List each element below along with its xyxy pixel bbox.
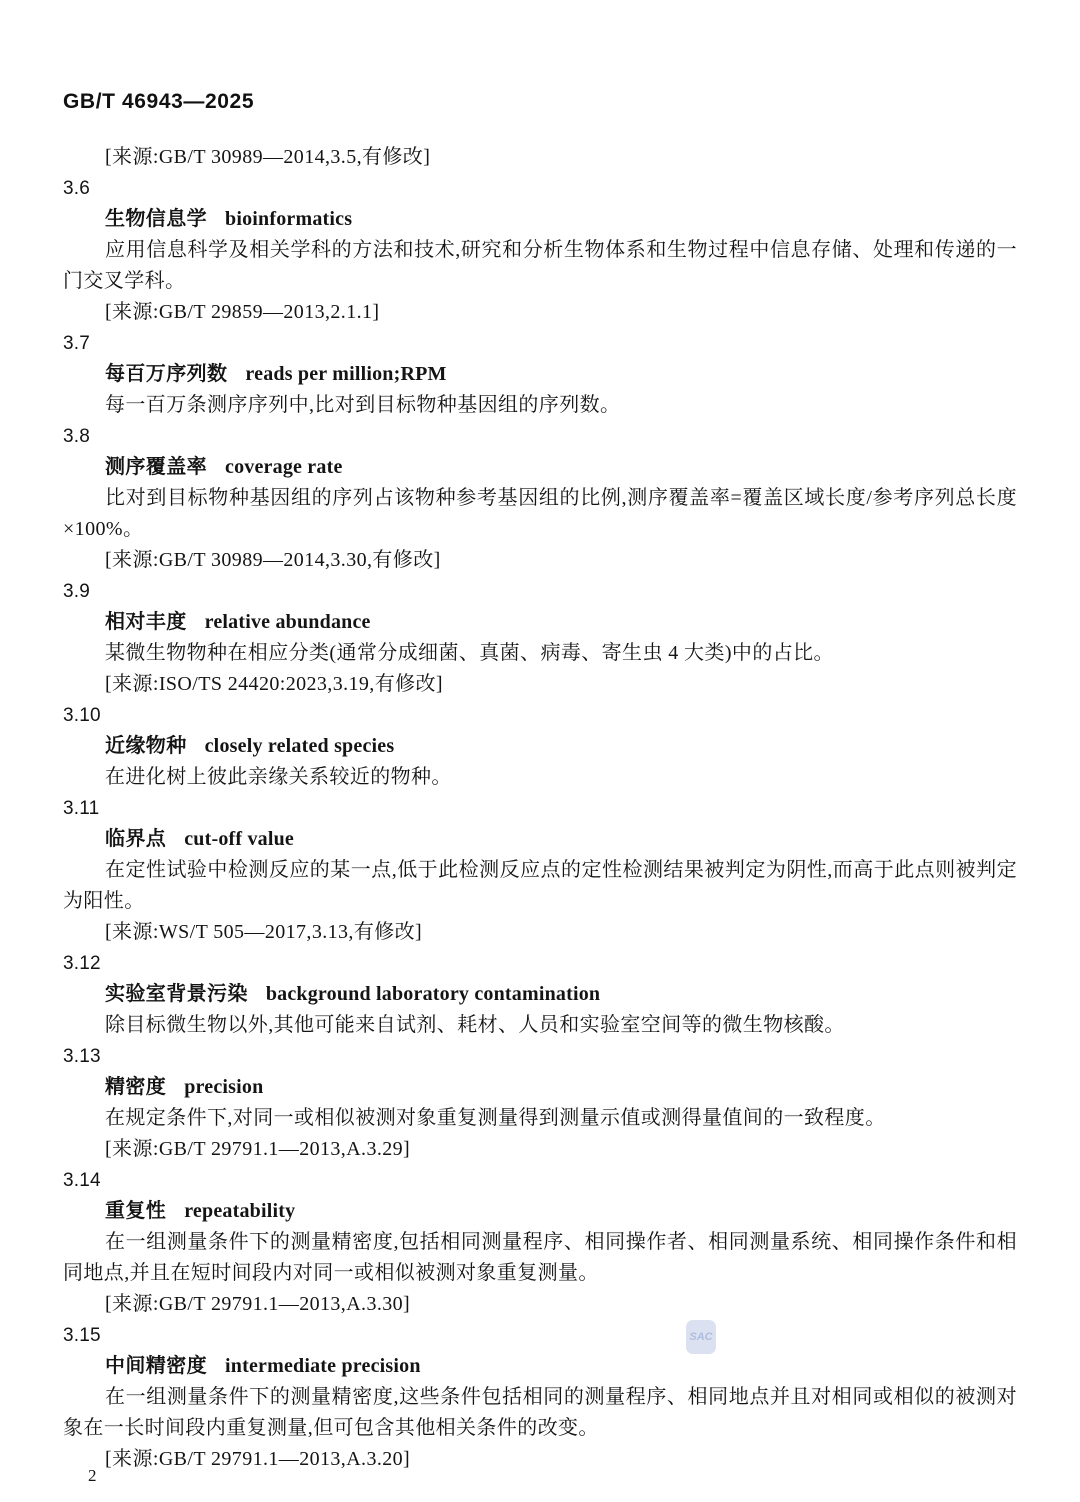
term-definition: 比对到目标物种基因组的序列占该物种参考基因组的比例,测序覆盖率=覆盖区域长度/参… — [63, 483, 1017, 545]
term-english: relative abundance — [205, 611, 371, 633]
term-entry: 3.14 重复性repeatability 在一组测量条件下的测量精密度,包括相… — [63, 1165, 1017, 1320]
term-chinese: 生物信息学 — [105, 208, 207, 230]
carryover-source-line: [来源:GB/T 30989—2014,3.5,有修改] — [63, 142, 1017, 173]
clause-number: 3.12 — [63, 948, 1017, 979]
term-source-line: [来源:GB/T 29791.1—2013,A.3.30] — [63, 1289, 1017, 1320]
term-chinese: 临界点 — [105, 828, 166, 850]
term-chinese: 相对丰度 — [105, 611, 187, 633]
term-line: 生物信息学bioinformatics — [63, 204, 1017, 235]
term-chinese: 实验室背景污染 — [105, 983, 248, 1005]
term-line: 精密度precision — [63, 1072, 1017, 1103]
term-entry: 3.11 临界点cut-off value 在定性试验中检测反应的某一点,低于此… — [63, 793, 1017, 948]
term-chinese: 测序覆盖率 — [105, 456, 207, 478]
term-chinese: 每百万序列数 — [105, 363, 227, 385]
term-entry: 3.7 每百万序列数reads per million;RPM 每一百万条测序序… — [63, 328, 1017, 421]
term-chinese: 重复性 — [105, 1200, 166, 1222]
clause-number: 3.10 — [63, 700, 1017, 731]
term-english: intermediate precision — [225, 1355, 421, 1377]
page-content: [来源:GB/T 30989—2014,3.5,有修改] 3.6 生物信息学bi… — [63, 142, 1017, 1475]
term-english: closely related species — [205, 735, 395, 757]
term-definition: 在一组测量条件下的测量精密度,包括相同测量程序、相同操作者、相同测量系统、相同操… — [63, 1227, 1017, 1289]
term-source-line: [来源:GB/T 29859—2013,2.1.1] — [63, 297, 1017, 328]
term-entry: 3.8 测序覆盖率coverage rate 比对到目标物种基因组的序列占该物种… — [63, 421, 1017, 576]
term-line: 近缘物种closely related species — [63, 731, 1017, 762]
term-definition: 每一百万条测序序列中,比对到目标物种基因组的序列数。 — [63, 390, 1017, 421]
term-english: precision — [184, 1076, 263, 1098]
term-source-line: [来源:GB/T 29791.1—2013,A.3.29] — [63, 1134, 1017, 1165]
clause-number: 3.8 — [63, 421, 1017, 452]
term-entry: 3.15 中间精密度intermediate precision 在一组测量条件… — [63, 1320, 1017, 1475]
term-definition: 某微生物物种在相应分类(通常分成细菌、真菌、病毒、寄生虫 4 大类)中的占比。 — [63, 638, 1017, 669]
term-entry: 3.13 精密度precision 在规定条件下,对同一或相似被测对象重复测量得… — [63, 1041, 1017, 1165]
term-entry: 3.6 生物信息学bioinformatics 应用信息科学及相关学科的方法和技… — [63, 173, 1017, 328]
clause-number: 3.13 — [63, 1041, 1017, 1072]
term-source-line: [来源:ISO/TS 24420:2023,3.19,有修改] — [63, 669, 1017, 700]
sac-watermark-icon: SAC — [686, 1320, 716, 1354]
term-english: repeatability — [184, 1200, 295, 1222]
term-line: 测序覆盖率coverage rate — [63, 452, 1017, 483]
clause-number: 3.11 — [63, 793, 1017, 824]
term-definition: 在规定条件下,对同一或相似被测对象重复测量得到测量示值或测得量值间的一致程度。 — [63, 1103, 1017, 1134]
clause-number: 3.6 — [63, 173, 1017, 204]
term-line: 每百万序列数reads per million;RPM — [63, 359, 1017, 390]
term-line: 重复性repeatability — [63, 1196, 1017, 1227]
term-line: 实验室背景污染background laboratory contaminati… — [63, 979, 1017, 1010]
clause-number: 3.9 — [63, 576, 1017, 607]
term-chinese: 中间精密度 — [105, 1355, 207, 1377]
term-english: coverage rate — [225, 456, 343, 478]
term-definition: 在一组测量条件下的测量精密度,这些条件包括相同的测量程序、相同地点并且对相同或相… — [63, 1382, 1017, 1444]
term-entry: 3.9 相对丰度relative abundance 某微生物物种在相应分类(通… — [63, 576, 1017, 700]
term-line: 相对丰度relative abundance — [63, 607, 1017, 638]
term-english: reads per million;RPM — [245, 363, 446, 385]
term-line: 中间精密度intermediate precision — [63, 1351, 1017, 1382]
term-english: cut-off value — [184, 828, 294, 850]
document-page: GB/T 46943—2025 [来源:GB/T 30989—2014,3.5,… — [0, 0, 1080, 1502]
term-entry: 3.10 近缘物种closely related species 在进化树上彼此… — [63, 700, 1017, 793]
clause-number: 3.7 — [63, 328, 1017, 359]
clause-number: 3.14 — [63, 1165, 1017, 1196]
clause-number: 3.15 — [63, 1320, 1017, 1351]
term-source-line: [来源:WS/T 505—2017,3.13,有修改] — [63, 917, 1017, 948]
term-definition: 应用信息科学及相关学科的方法和技术,研究和分析生物体系和生物过程中信息存储、处理… — [63, 235, 1017, 297]
term-source-line: [来源:GB/T 29791.1—2013,A.3.20] — [63, 1444, 1017, 1475]
term-definition: 在进化树上彼此亲缘关系较近的物种。 — [63, 762, 1017, 793]
term-source-line: [来源:GB/T 30989—2014,3.30,有修改] — [63, 545, 1017, 576]
term-definition: 在定性试验中检测反应的某一点,低于此检测反应点的定性检测结果被判定为阴性,而高于… — [63, 855, 1017, 917]
standard-code-header: GB/T 46943—2025 — [63, 90, 254, 114]
term-entry: 3.12 实验室背景污染background laboratory contam… — [63, 948, 1017, 1041]
term-chinese: 近缘物种 — [105, 735, 187, 757]
term-english: bioinformatics — [225, 208, 352, 230]
term-line: 临界点cut-off value — [63, 824, 1017, 855]
term-definition: 除目标微生物以外,其他可能来自试剂、耗材、人员和实验室空间等的微生物核酸。 — [63, 1010, 1017, 1041]
terms-list: 3.6 生物信息学bioinformatics 应用信息科学及相关学科的方法和技… — [63, 173, 1017, 1475]
page-number: 2 — [88, 1464, 97, 1488]
term-english: background laboratory contamination — [266, 983, 600, 1005]
term-chinese: 精密度 — [105, 1076, 166, 1098]
